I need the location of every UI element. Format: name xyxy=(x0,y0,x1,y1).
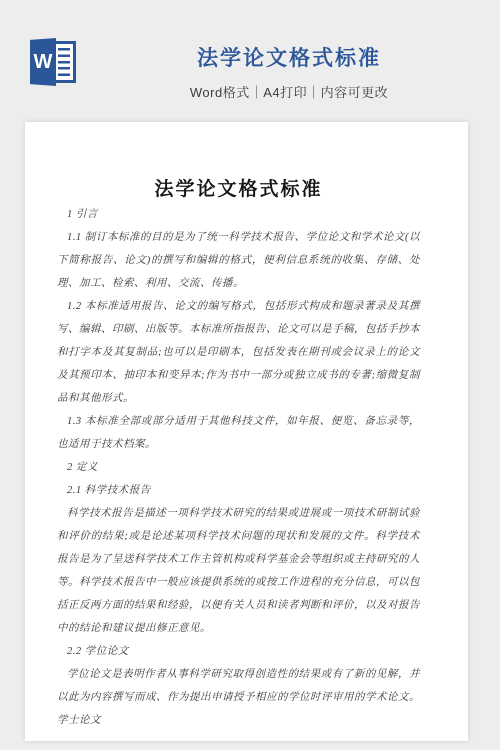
document-title: 法学论文格式标准 xyxy=(57,177,420,203)
template-subtitle: Word格式｜A4打印｜内容可更改 xyxy=(78,82,500,101)
header-text: 法学论文格式标准 Word格式｜A4打印｜内容可更改 xyxy=(78,0,500,101)
word-icon-letter: W xyxy=(34,51,53,74)
paragraph-2-1-body: 科学技术报告是描述一项科学技术研究的结果或进展或一项技术研制试验和评价的结果;或… xyxy=(57,502,420,640)
paragraph-1-1: 1.1 制订本标准的目的是为了统一科学技术报告、学位论文和学术论文(以下简称报告… xyxy=(57,226,420,295)
paragraph-section-2: 2 定义 xyxy=(57,456,420,479)
template-title: 法学论文格式标准 xyxy=(78,42,500,72)
paragraph-2-1-heading: 2.1 科学技术报告 xyxy=(57,479,420,502)
word-panel-icon: W xyxy=(30,38,56,86)
word-document-icon: W xyxy=(30,38,78,86)
paragraph-1-3: 1.3 本标准全部或部分适用于其他科技文件，如年报、便览、备忘录等，也适用于技术… xyxy=(57,410,420,456)
template-header: W 法学论文格式标准 Word格式｜A4打印｜内容可更改 xyxy=(0,0,500,122)
paragraph-1-2: 1.2 本标准适用报告、论文的编写格式，包括形式构成和题录著录及其撰写、编辑、印… xyxy=(57,295,420,410)
word-sheet-lines-icon xyxy=(58,48,70,76)
document-body: 1 引言 1.1 制订本标准的目的是为了统一科学技术报告、学位论文和学术论文(以… xyxy=(57,203,420,732)
paragraph-section-1: 1 引言 xyxy=(57,203,420,226)
paragraph-2-2-heading: 2.2 学位论文 xyxy=(57,640,420,663)
document-page-preview: 法学论文格式标准 1 引言 1.1 制订本标准的目的是为了统一科学技术报告、学位… xyxy=(25,122,468,741)
paragraph-2-2-body: 学位论文是表明作者从事科学研究取得创造性的结果或有了新的见解，并以此为内容撰写而… xyxy=(57,663,420,732)
